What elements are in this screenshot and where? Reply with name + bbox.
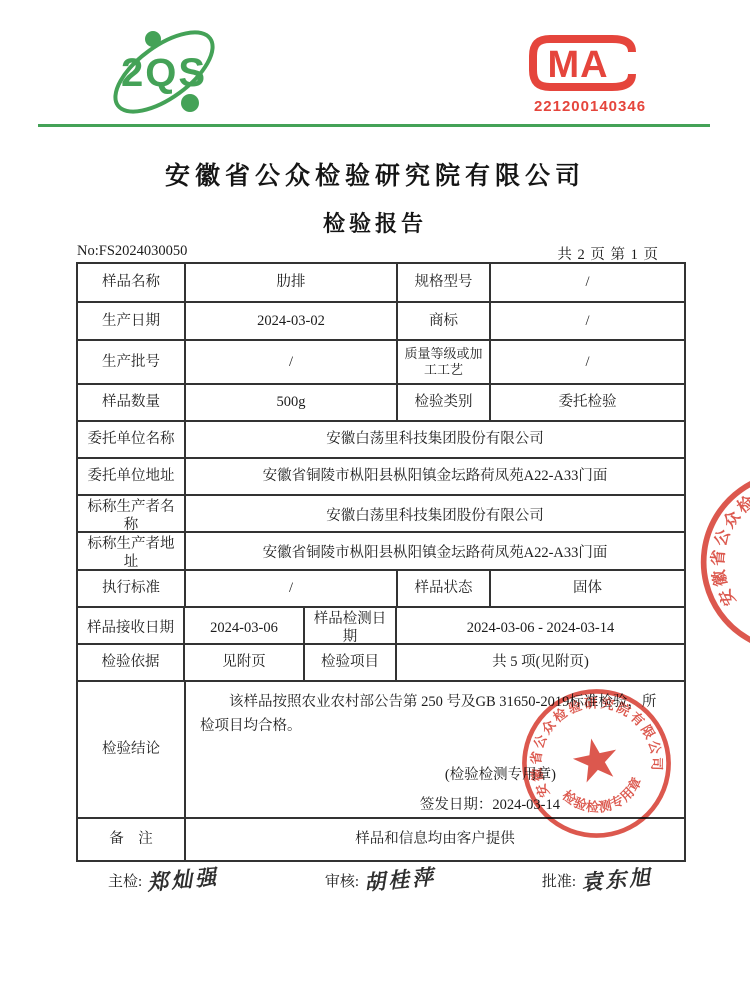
field-value: / (489, 341, 684, 383)
field-label: 委托单位地址 (78, 459, 184, 494)
field-label: 生产日期 (78, 303, 184, 339)
inspection-report-page: 2QS MA 221200140346 安徽省公众检验研究院有限公司 检验报告 … (0, 0, 750, 1000)
cma-mark: MA 221200140346 (523, 34, 657, 115)
field-label: 委托单位名称 (78, 422, 184, 457)
field-value: / (184, 341, 396, 383)
field-label: 检验结论 (78, 682, 184, 817)
svg-text:安徽省公众检验研究院有限公司: 安徽省公众检验研究院有限公司 (691, 460, 750, 610)
field-value: 固体 (489, 571, 684, 606)
field-label: 样品检测日期 (303, 608, 395, 648)
table-row: 生产批号 / 质量等级或加工工艺 / (78, 339, 684, 383)
field-label: 检验项目 (303, 645, 395, 680)
field-value: 安徽白荡里科技集团股份有限公司 (184, 422, 684, 457)
field-value: / (184, 571, 396, 606)
table-row: 检验依据 见附页 检验项目 共 5 项(见附页) (78, 643, 684, 680)
signature-name: 郑灿强 (146, 861, 220, 897)
field-label: 生产批号 (78, 341, 184, 383)
signature-name: 袁东旭 (580, 861, 654, 897)
meta-row: No:FS2024030050 共 2 页 第 1 页 (77, 243, 685, 264)
chief-inspector-signature: 主检: 郑灿强 (108, 864, 219, 894)
inspection-seal-edge: 安徽省公众检验研究院有限公司 检验检测专用章 (677, 447, 750, 677)
field-value: 见附页 (183, 645, 303, 680)
report-no: No:FS2024030050 (77, 243, 187, 264)
field-label: 标称生产者名称 (78, 496, 184, 536)
field-value: / (489, 303, 684, 339)
field-label: 检验类别 (396, 385, 489, 420)
cma-license-number: 221200140346 (523, 98, 657, 115)
aqs-logo: 2QS (93, 28, 235, 116)
table-row: 标称生产者名称 安徽白荡里科技集团股份有限公司 (78, 494, 684, 531)
seal-type-text: 检验检测专用章 (557, 771, 649, 822)
field-label: 样品状态 (396, 571, 489, 606)
field-label: 检验依据 (78, 645, 183, 680)
field-value: 肋排 (184, 264, 396, 301)
star-icon (570, 734, 622, 784)
field-value: 2024-03-02 (184, 303, 396, 339)
svg-text:检验检测专用章: 检验检测专用章 (557, 771, 649, 822)
signature-label: 批准: (542, 864, 576, 891)
table-row: 样品名称 肋排 规格型号 / (78, 264, 684, 301)
table-row: 委托单位名称 安徽白荡里科技集团股份有限公司 (78, 420, 684, 457)
field-value: 安徽省铜陵市枞阳县枞阳镇金坛路荷凤苑A22-A33门面 (184, 459, 684, 494)
page-info: 共 2 页 第 1 页 (557, 243, 685, 264)
seal-org-text: 安徽省公众检验研究院有限公司 (691, 460, 750, 610)
logo-text: 2QS (121, 51, 207, 95)
field-label: 备 注 (78, 819, 184, 860)
reviewer-signature: 审核: 胡桂萍 (325, 864, 436, 894)
field-label: 质量等级或加工工艺 (396, 341, 489, 383)
signature-row: 主检: 郑灿强 审核: 胡桂萍 批准: 袁东旭 (108, 864, 653, 894)
table-row: 样品数量 500g 检验类别 委托检验 (78, 383, 684, 420)
field-value: 委托检验 (489, 385, 684, 420)
table-row: 生产日期 2024-03-02 商标 / (78, 301, 684, 339)
title-block: 安徽省公众检验研究院有限公司 检验报告 (0, 156, 750, 238)
table-row: 执行标准 / 样品状态 固体 (78, 569, 684, 606)
cma-letters: MA (547, 44, 608, 86)
cma-logo-icon: MA (528, 34, 652, 92)
orbit-dot-top (145, 31, 161, 47)
svg-text:检验检测专用章: 检验检测专用章 (745, 570, 750, 636)
signature-name: 胡桂萍 (363, 861, 437, 897)
table-row: 委托单位地址 安徽省铜陵市枞阳县枞阳镇金坛路荷凤苑A22-A33门面 (78, 457, 684, 494)
field-value: 安徽白荡里科技集团股份有限公司 (184, 496, 684, 536)
table-row: 样品接收日期 2024-03-06 样品检测日期 2024-03-06 - 20… (78, 606, 684, 643)
orbit-dot-bottom (181, 94, 199, 112)
field-label: 标称生产者地址 (78, 533, 184, 573)
company-title: 安徽省公众检验研究院有限公司 (0, 156, 750, 192)
signature-label: 审核: (325, 864, 359, 891)
field-value: 500g (184, 385, 396, 420)
field-label: 样品数量 (78, 385, 184, 420)
field-label: 样品接收日期 (78, 608, 183, 648)
approver-signature: 批准: 袁东旭 (542, 864, 653, 894)
field-label: 执行标准 (78, 571, 184, 606)
table-row: 标称生产者地址 安徽省铜陵市枞阳县枞阳镇金坛路荷凤苑A22-A33门面 (78, 531, 684, 569)
field-label: 样品名称 (78, 264, 184, 301)
field-value: 2024-03-06 (183, 608, 303, 648)
report-title: 检验报告 (0, 207, 750, 238)
inspection-seal: 安徽省公众检验研究院有限公司 检验检测专用章 (505, 672, 689, 856)
field-label: 商标 (396, 303, 489, 339)
seal-type-text: 检验检测专用章 (745, 570, 750, 636)
field-label: 规格型号 (396, 264, 489, 301)
field-value: / (489, 264, 684, 301)
header-divider (38, 124, 710, 127)
field-value: 2024-03-06 - 2024-03-14 (395, 608, 684, 648)
field-value: 安徽省铜陵市枞阳县枞阳镇金坛路荷凤苑A22-A33门面 (184, 533, 684, 573)
signature-label: 主检: (108, 864, 142, 891)
